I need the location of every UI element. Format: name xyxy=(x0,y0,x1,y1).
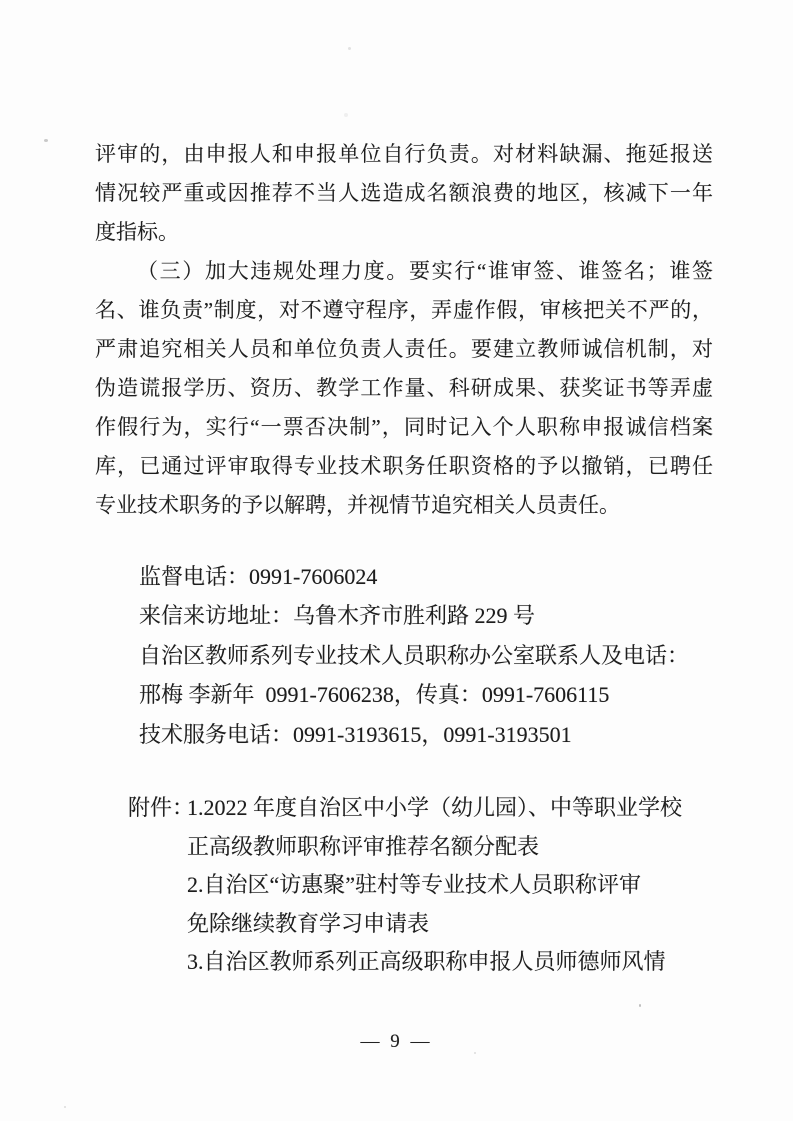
text-line: 严肃追究相关人员和单位负责人责任。要建立教师诚信机制，对 xyxy=(95,330,713,369)
attachment-item-line: 免除继续教育学习申请表 xyxy=(187,905,682,944)
scan-noise-speck xyxy=(64,1106,66,1108)
mail-visit-address-line: 来信来访地址：乌鲁木齐市胜利路 229 号 xyxy=(139,596,689,635)
scanned-document-page: 评审的，由申报人和申报单位自行负责。对材料缺漏、拖延报送 情况较严重或因推荐不当… xyxy=(0,0,793,1121)
attachment-item-line: 1.2022 年度自治区中小学（幼儿园）、中等职业学校 xyxy=(187,789,682,828)
paragraph-violation-handling: （三）加大违规处理力度。要实行“谁审签、谁签名；谁签 名、谁负责”制度，对不遵守… xyxy=(95,252,713,525)
attachments-label: 附件： xyxy=(128,789,194,828)
text-line: 情况较严重或因推荐不当人选造成名额浪费的地区，核减下一年 xyxy=(95,174,713,213)
office-contact-header-line: 自治区教师系列专业技术人员职称办公室联系人及电话： xyxy=(139,636,689,675)
text-line: （三）加大违规处理力度。要实行“谁审签、谁签名；谁签 xyxy=(95,252,713,291)
attachment-item-line: 2.自治区“访惠聚”驻村等专业技术人员职称评审 xyxy=(187,866,682,905)
text-line: 专业技术职务的予以解聘，并视情节追究相关人员责任。 xyxy=(95,486,713,525)
text-line: 作假行为，实行“一票否决制”，同时记入个人职称申报诚信档案 xyxy=(95,408,713,447)
text-line: 名、谁负责”制度，对不遵守程序，弄虚作假，审核把关不严的， xyxy=(95,291,713,330)
text-line: 度指标。 xyxy=(95,213,713,252)
tech-support-phone-line: 技术服务电话：0991-3193615，0991-3193501 xyxy=(139,715,689,754)
scan-noise-speck xyxy=(348,47,351,50)
paragraph-deadline-penalty: 评审的，由申报人和申报单位自行负责。对材料缺漏、拖延报送 情况较严重或因推荐不当… xyxy=(95,135,713,252)
attachments-list: 1.2022 年度自治区中小学（幼儿园）、中等职业学校 正高级教师职称评审推荐名… xyxy=(187,789,682,982)
scan-noise-speck xyxy=(344,113,348,117)
scan-noise-speck xyxy=(474,1052,476,1054)
text-line: 伪造谎报学历、资历、教学工作量、科研成果、获奖证书等弄虚 xyxy=(95,369,713,408)
page-number: — 9 — xyxy=(0,1031,793,1053)
scan-noise-speck xyxy=(44,139,48,142)
attachment-item-line: 3.自治区教师系列正高级职称申报人员师德师风情 xyxy=(187,943,682,982)
text-line: 评审的，由申报人和申报单位自行负责。对材料缺漏、拖延报送 xyxy=(95,135,713,174)
text-line: 库，已通过评审取得专业技术职务任职资格的予以撤销，已聘任 xyxy=(95,447,713,486)
supervision-phone-line: 监督电话：0991-7606024 xyxy=(139,557,689,596)
scan-noise-speck xyxy=(639,1004,641,1007)
attachment-item-line: 正高级教师职称评审推荐名额分配表 xyxy=(187,828,682,867)
document-body: 评审的，由申报人和申报单位自行负责。对材料缺漏、拖延报送 情况较严重或因推荐不当… xyxy=(95,135,713,525)
contact-persons-line: 邢梅 李新年 0991-7606238，传真：0991-7606115 xyxy=(139,675,689,714)
contact-info-block: 监督电话：0991-7606024 来信来访地址：乌鲁木齐市胜利路 229 号 … xyxy=(139,557,689,754)
attachments-block: 附件： 1.2022 年度自治区中小学（幼儿园）、中等职业学校 正高级教师职称评… xyxy=(128,789,682,982)
